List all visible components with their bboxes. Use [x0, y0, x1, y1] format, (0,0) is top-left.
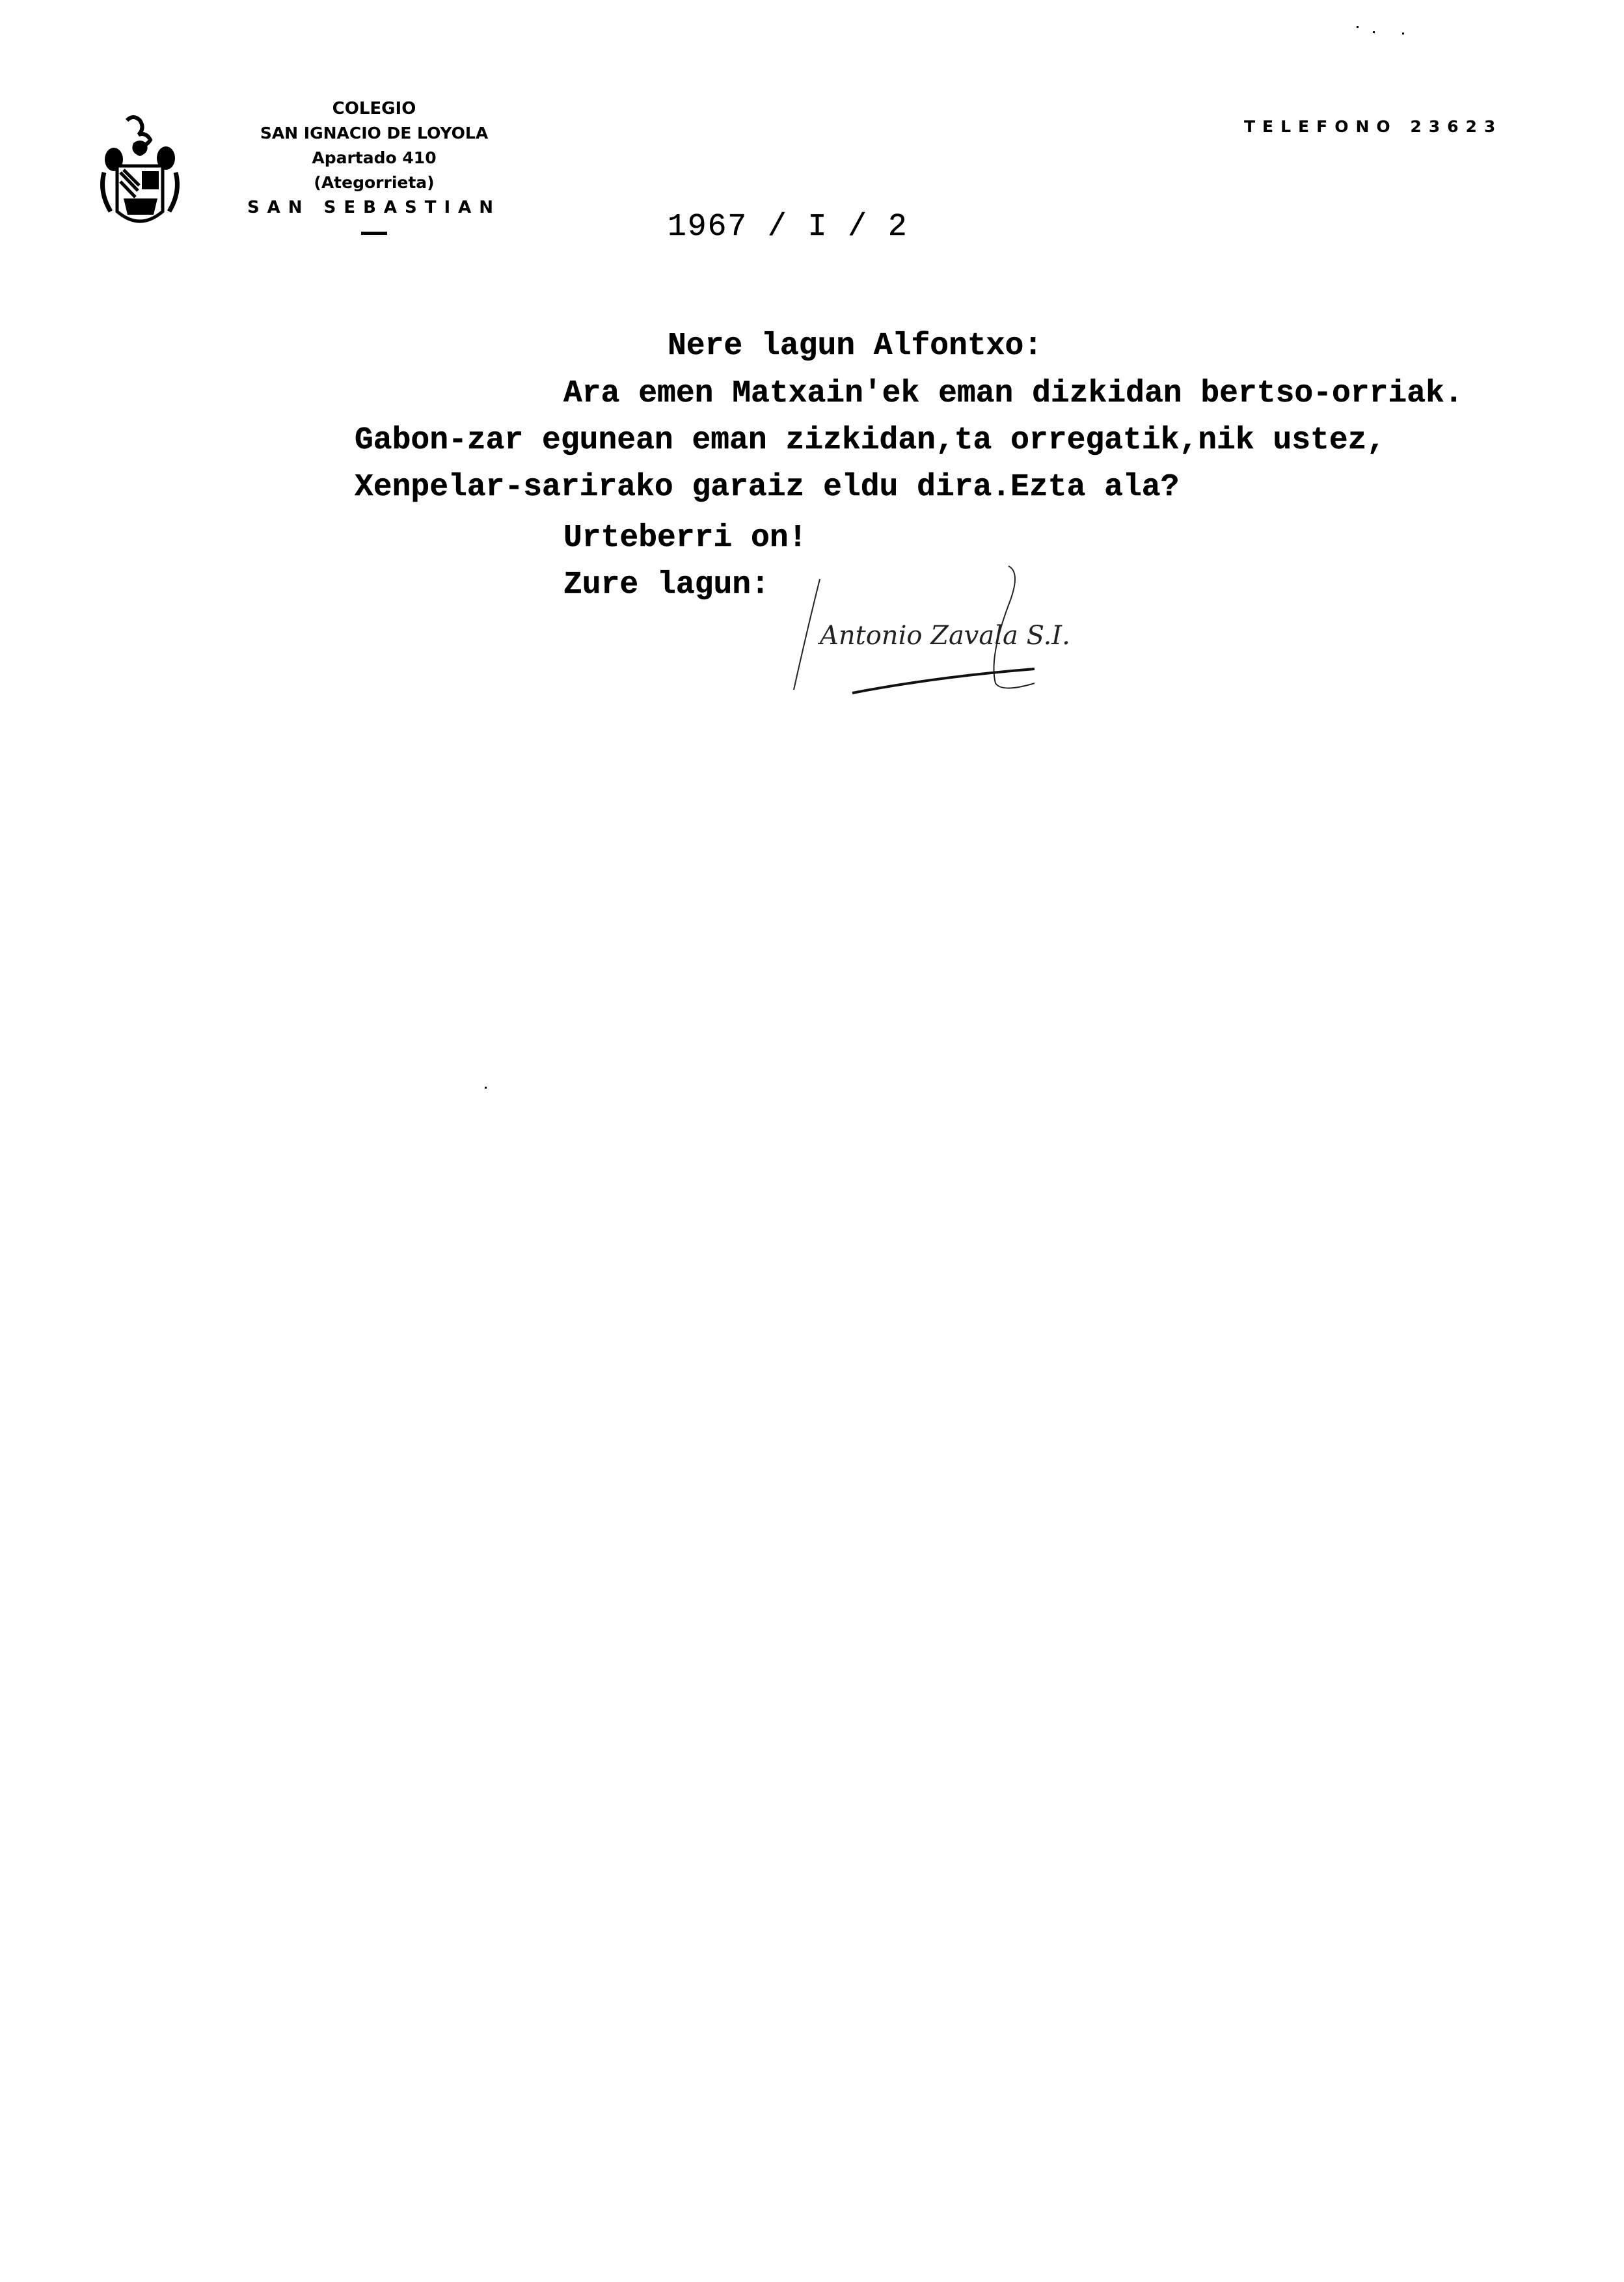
- signature-text: Antonio Zavala S.I.: [817, 621, 1070, 651]
- handwritten-signature: Antonio Zavala S.I.: [774, 553, 1113, 703]
- body-line: Gabon-zar egunean eman zizkidan,ta orreg…: [355, 423, 1385, 458]
- closing: Zure lagun:: [563, 567, 770, 603]
- district: (Ategorrieta): [234, 170, 514, 195]
- letterhead: COLEGIO SAN IGNACIO DE LOYOLA Apartado 4…: [234, 96, 514, 235]
- institution-name: SAN IGNACIO DE LOYOLA: [234, 121, 514, 146]
- scan-speck: [1373, 31, 1375, 33]
- body-line: Xenpelar-sarirako garaiz eldu dira.Ezta …: [355, 470, 1179, 505]
- po-box: Apartado 410: [234, 146, 514, 170]
- scan-speck: [1402, 33, 1404, 34]
- coat-of-arms-icon: [98, 114, 182, 231]
- greeting: Urteberri on!: [563, 521, 807, 556]
- scan-speck: [1357, 26, 1359, 28]
- letter-page: COLEGIO SAN IGNACIO DE LOYOLA Apartado 4…: [0, 0, 1624, 2282]
- phone-number: TELEFONO 23623: [1244, 117, 1502, 136]
- scan-speck: [485, 1087, 487, 1089]
- letter-date: 1967 / I / 2: [668, 210, 908, 245]
- city: SAN SEBASTIAN: [234, 195, 514, 220]
- institution-type: COLEGIO: [234, 96, 514, 121]
- body-line: Ara emen Matxain'ek eman dizkidan bertso…: [563, 376, 1463, 411]
- letterhead-divider: [361, 232, 387, 235]
- salutation: Nere lagun Alfontxo:: [668, 329, 1042, 364]
